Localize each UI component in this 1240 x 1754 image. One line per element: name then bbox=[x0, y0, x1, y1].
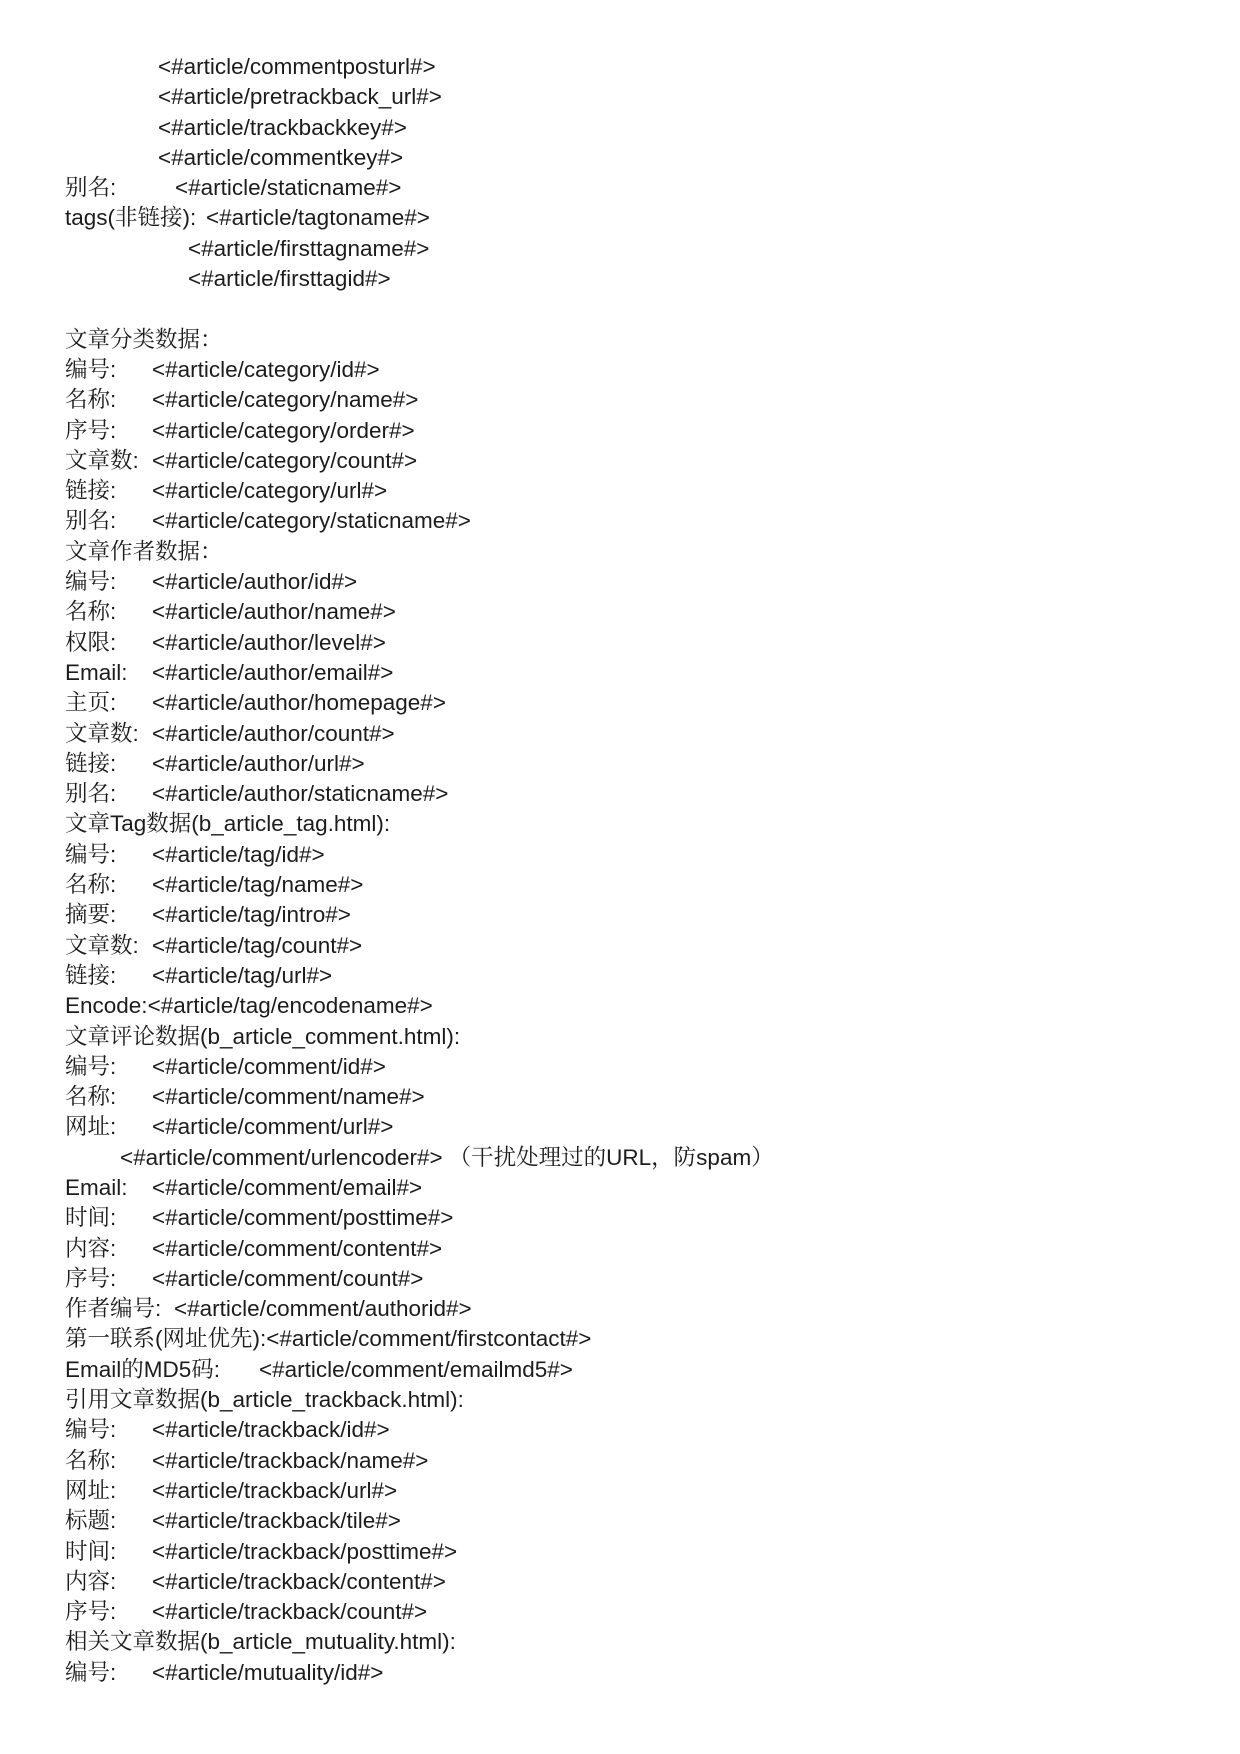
doc-line: 名称:<#article/comment/name#> bbox=[65, 1082, 1210, 1112]
field-label: 名称: bbox=[65, 385, 152, 415]
template-tag: <#article/tag/name#> bbox=[152, 872, 363, 897]
field-label: 网址: bbox=[65, 1476, 152, 1506]
section-heading: 引用文章数据(b_article_trackback.html): bbox=[65, 1385, 1210, 1415]
doc-line: <#article/firsttagid#> bbox=[65, 264, 1210, 294]
doc-line: 链接:<#article/tag/url#> bbox=[65, 961, 1210, 991]
doc-line: 编号:<#article/category/id#> bbox=[65, 355, 1210, 385]
template-tag: <#article/mutuality/id#> bbox=[152, 1660, 383, 1685]
template-tag: <#article/tag/encodename#> bbox=[148, 993, 433, 1018]
doc-line: <#article/commentkey#> bbox=[65, 143, 1210, 173]
doc-line: 文章数:<#article/author/count#> bbox=[65, 719, 1210, 749]
doc-line: 名称:<#article/category/name#> bbox=[65, 385, 1210, 415]
doc-line: Email:<#article/comment/email#> bbox=[65, 1173, 1210, 1203]
doc-line: 编号:<#article/trackback/id#> bbox=[65, 1415, 1210, 1445]
field-label: 序号: bbox=[65, 1264, 152, 1294]
doc-line: 编号:<#article/tag/id#> bbox=[65, 840, 1210, 870]
field-label: 网址: bbox=[65, 1112, 152, 1142]
field-label: 时间: bbox=[65, 1537, 152, 1567]
template-tag: <#article/category/count#> bbox=[152, 448, 417, 473]
field-label: Email: bbox=[65, 1173, 152, 1203]
section-heading-text: 相关文章数据(b_article_mutuality.html): bbox=[65, 1629, 456, 1654]
doc-line: 链接:<#article/author/url#> bbox=[65, 749, 1210, 779]
section-heading: 相关文章数据(b_article_mutuality.html): bbox=[65, 1627, 1210, 1657]
doc-line: 名称:<#article/author/name#> bbox=[65, 597, 1210, 627]
template-tag: <#article/author/level#> bbox=[152, 630, 386, 655]
doc-line: 名称:<#article/tag/name#> bbox=[65, 870, 1210, 900]
field-label: 标题: bbox=[65, 1506, 152, 1536]
template-tag: <#article/tag/url#> bbox=[152, 963, 332, 988]
doc-line: 编号:<#article/mutuality/id#> bbox=[65, 1658, 1210, 1688]
field-label: 别名: bbox=[65, 173, 175, 203]
template-tag: <#article/comment/email#> bbox=[152, 1175, 422, 1200]
template-tag: <#article/comment/url#> bbox=[152, 1114, 393, 1139]
field-label: 名称: bbox=[65, 597, 152, 627]
template-tag: <#article/author/homepage#> bbox=[152, 690, 446, 715]
field-label: 链接: bbox=[65, 961, 152, 991]
doc-line: 序号:<#article/trackback/count#> bbox=[65, 1597, 1210, 1627]
doc-line: Email的MD5码:<#article/comment/emailmd5#> bbox=[65, 1355, 1210, 1385]
doc-line: 文章数:<#article/category/count#> bbox=[65, 446, 1210, 476]
template-tag: <#article/category/name#> bbox=[152, 387, 418, 412]
doc-line: 主页:<#article/author/homepage#> bbox=[65, 688, 1210, 718]
template-tag: <#article/trackback/id#> bbox=[152, 1417, 390, 1442]
document-page: <#article/commentposturl#><#article/pret… bbox=[0, 0, 1240, 1754]
field-label: 文章数: bbox=[65, 719, 152, 749]
template-tag: <#article/author/count#> bbox=[152, 721, 395, 746]
section-heading: 文章分类数据： bbox=[65, 325, 1210, 355]
template-tag: <#article/author/email#> bbox=[152, 660, 393, 685]
doc-line: 别名:<#article/category/staticname#> bbox=[65, 506, 1210, 536]
template-tag: <#article/staticname#> bbox=[175, 175, 401, 200]
template-tag: <#article/firsttagid#> bbox=[188, 266, 391, 291]
doc-line: 时间:<#article/comment/posttime#> bbox=[65, 1203, 1210, 1233]
field-label: Encode: bbox=[65, 991, 148, 1021]
template-tag: <#article/trackback/content#> bbox=[152, 1569, 446, 1594]
field-label: 序号: bbox=[65, 1597, 152, 1627]
doc-line: 别名:<#article/staticname#> bbox=[65, 173, 1210, 203]
doc-line: 网址:<#article/trackback/url#> bbox=[65, 1476, 1210, 1506]
field-label: Email的MD5码: bbox=[65, 1355, 259, 1385]
template-tag: <#article/author/name#> bbox=[152, 599, 396, 624]
field-label: 编号: bbox=[65, 1415, 152, 1445]
template-tag: <#article/pretrackback_url#> bbox=[158, 84, 442, 109]
template-tag: <#article/commentposturl#> bbox=[158, 54, 436, 79]
field-label: 权限: bbox=[65, 628, 152, 658]
field-label: 编号: bbox=[65, 840, 152, 870]
template-tag: <#article/trackbackkey#> bbox=[158, 115, 407, 140]
doc-line: <#article/firsttagname#> bbox=[65, 234, 1210, 264]
field-note: （干扰处理过的URL，防spam） bbox=[449, 1145, 774, 1170]
template-tag: <#article/tag/count#> bbox=[152, 933, 362, 958]
field-label: 文章数: bbox=[65, 446, 152, 476]
field-label: 文章数: bbox=[65, 931, 152, 961]
template-tag: <#article/category/id#> bbox=[152, 357, 380, 382]
doc-line: <#article/commentposturl#> bbox=[65, 52, 1210, 82]
doc-line: Encode:<#article/tag/encodename#> bbox=[65, 991, 1210, 1021]
template-tag: <#article/author/staticname#> bbox=[152, 781, 448, 806]
doc-line: 序号:<#article/category/order#> bbox=[65, 416, 1210, 446]
section-heading-text: 文章Tag数据(b_article_tag.html): bbox=[65, 811, 390, 836]
doc-line: 序号:<#article/comment/count#> bbox=[65, 1264, 1210, 1294]
doc-line: 链接:<#article/category/url#> bbox=[65, 476, 1210, 506]
field-label: Email: bbox=[65, 658, 152, 688]
doc-line: 别名:<#article/author/staticname#> bbox=[65, 779, 1210, 809]
doc-line: 编号:<#article/author/id#> bbox=[65, 567, 1210, 597]
field-label: 编号: bbox=[65, 355, 152, 385]
template-tag: <#article/trackback/posttime#> bbox=[152, 1539, 457, 1564]
template-tag: <#article/comment/urlencoder#> bbox=[120, 1145, 443, 1170]
template-tag: <#article/comment/emailmd5#> bbox=[259, 1357, 573, 1382]
field-label: 第一联系(网址优先): bbox=[65, 1324, 266, 1354]
doc-line: Email:<#article/author/email#> bbox=[65, 658, 1210, 688]
field-label: 作者编号: bbox=[65, 1294, 174, 1324]
doc-line: <#article/comment/urlencoder#>（干扰处理过的URL… bbox=[65, 1143, 1210, 1173]
doc-line: 作者编号:<#article/comment/authorid#> bbox=[65, 1294, 1210, 1324]
doc-line: 文章数:<#article/tag/count#> bbox=[65, 931, 1210, 961]
template-tag: <#article/tagtoname#> bbox=[206, 205, 430, 230]
template-tag: <#article/tag/id#> bbox=[152, 842, 325, 867]
template-tag: <#article/comment/name#> bbox=[152, 1084, 425, 1109]
field-label: 编号: bbox=[65, 567, 152, 597]
field-label: 别名: bbox=[65, 779, 152, 809]
template-tag: <#article/comment/firstcontact#> bbox=[266, 1326, 591, 1351]
template-tag: <#article/trackback/tile#> bbox=[152, 1508, 401, 1533]
field-label: 摘要: bbox=[65, 900, 152, 930]
field-label: 主页: bbox=[65, 688, 152, 718]
template-tag: <#article/firsttagname#> bbox=[188, 236, 429, 261]
template-tag: <#article/comment/content#> bbox=[152, 1236, 442, 1261]
template-tag: <#article/category/order#> bbox=[152, 418, 415, 443]
template-tag: <#article/trackback/url#> bbox=[152, 1478, 397, 1503]
field-label: 内容: bbox=[65, 1234, 152, 1264]
field-label: 序号: bbox=[65, 416, 152, 446]
field-label: 链接: bbox=[65, 749, 152, 779]
template-tag: <#article/tag/intro#> bbox=[152, 902, 351, 927]
field-label: tags(非链接): bbox=[65, 203, 206, 233]
template-tag: <#article/comment/posttime#> bbox=[152, 1205, 453, 1230]
doc-line: 网址:<#article/comment/url#> bbox=[65, 1112, 1210, 1142]
section-heading-text: 引用文章数据(b_article_trackback.html): bbox=[65, 1387, 464, 1412]
template-tag: <#article/trackback/name#> bbox=[152, 1448, 428, 1473]
template-tag: <#article/author/url#> bbox=[152, 751, 365, 776]
template-tag: <#article/category/url#> bbox=[152, 478, 387, 503]
doc-line: 时间:<#article/trackback/posttime#> bbox=[65, 1537, 1210, 1567]
template-tag: <#article/trackback/count#> bbox=[152, 1599, 427, 1624]
doc-line: 标题:<#article/trackback/tile#> bbox=[65, 1506, 1210, 1536]
section-heading: 文章评论数据(b_article_comment.html): bbox=[65, 1022, 1210, 1052]
field-label: 编号: bbox=[65, 1658, 152, 1688]
doc-line: 内容:<#article/comment/content#> bbox=[65, 1234, 1210, 1264]
section-heading: 文章作者数据： bbox=[65, 537, 1210, 567]
section-heading-text: 文章评论数据(b_article_comment.html): bbox=[65, 1024, 460, 1049]
section-heading-text: 文章作者数据： bbox=[65, 539, 223, 564]
doc-line: <#article/pretrackback_url#> bbox=[65, 82, 1210, 112]
doc-line: <#article/trackbackkey#> bbox=[65, 113, 1210, 143]
document-body: <#article/commentposturl#><#article/pret… bbox=[0, 0, 1240, 1688]
template-tag: <#article/category/staticname#> bbox=[152, 508, 471, 533]
doc-line: 内容:<#article/trackback/content#> bbox=[65, 1567, 1210, 1597]
template-tag: <#article/author/id#> bbox=[152, 569, 357, 594]
section-heading: 文章Tag数据(b_article_tag.html): bbox=[65, 809, 1210, 839]
doc-line: 名称:<#article/trackback/name#> bbox=[65, 1446, 1210, 1476]
field-label: 内容: bbox=[65, 1567, 152, 1597]
field-label: 名称: bbox=[65, 870, 152, 900]
field-label: 名称: bbox=[65, 1446, 152, 1476]
template-tag: <#article/comment/authorid#> bbox=[174, 1296, 472, 1321]
doc-line bbox=[65, 294, 1210, 324]
field-label: 名称: bbox=[65, 1082, 152, 1112]
doc-line: 编号:<#article/comment/id#> bbox=[65, 1052, 1210, 1082]
doc-line: 第一联系(网址优先):<#article/comment/firstcontac… bbox=[65, 1324, 1210, 1354]
field-label: 别名: bbox=[65, 506, 152, 536]
template-tag: <#article/comment/count#> bbox=[152, 1266, 423, 1291]
doc-line: 权限:<#article/author/level#> bbox=[65, 628, 1210, 658]
section-heading-text: 文章分类数据： bbox=[65, 327, 223, 352]
template-tag: <#article/comment/id#> bbox=[152, 1054, 386, 1079]
doc-line: tags(非链接):<#article/tagtoname#> bbox=[65, 203, 1210, 233]
doc-line: 摘要:<#article/tag/intro#> bbox=[65, 900, 1210, 930]
field-label: 链接: bbox=[65, 476, 152, 506]
template-tag: <#article/commentkey#> bbox=[158, 145, 403, 170]
field-label: 时间: bbox=[65, 1203, 152, 1233]
field-label: 编号: bbox=[65, 1052, 152, 1082]
